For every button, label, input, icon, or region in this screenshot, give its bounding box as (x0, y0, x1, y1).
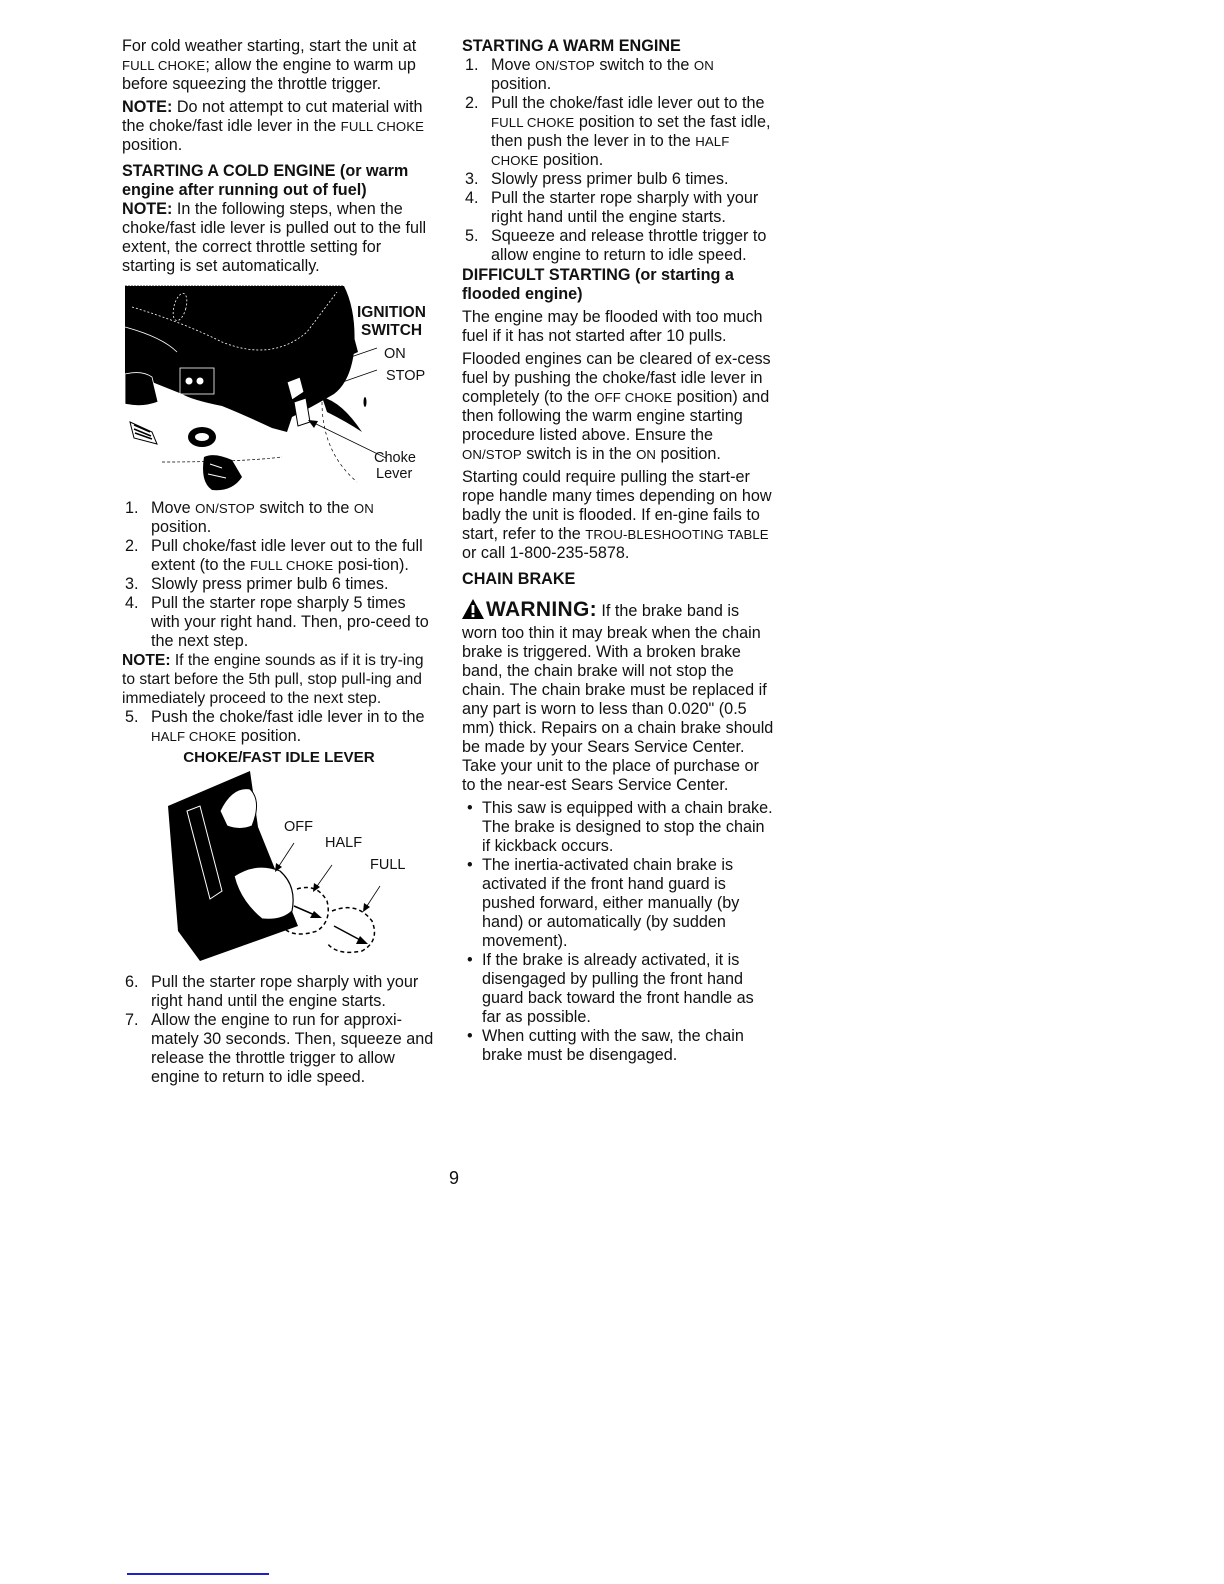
cold-step-5: 5.Push the choke/fast idle lever in to t… (122, 708, 436, 746)
cold-step-4: 4.Pull the starter rope sharply 5 times … (122, 594, 436, 651)
right-column: STARTING A WARM ENGINE 1.Move ON/STOP sw… (462, 37, 774, 1065)
note-do-not-cut: NOTE: Do not attempt to cut material wit… (122, 98, 436, 155)
cold-engine-heading: STARTING A COLD ENGINE (or warm engine a… (122, 162, 436, 200)
ignition-switch-figure: IGNITION SWITCH ON STOP Choke Lever (122, 282, 436, 496)
warm-step-5: 5.Squeeze and release throttle trigger t… (462, 227, 774, 265)
warm-step-4: 4.Pull the starter rope sharply with you… (462, 189, 774, 227)
warm-engine-heading: STARTING A WARM ENGINE (462, 37, 774, 56)
cold-start-steps: 1.Move ON/STOP switch to the ON position… (122, 499, 436, 651)
warning-label: WARNING: (486, 598, 597, 621)
choke-label: Choke (374, 450, 416, 466)
difficult-starting-heading: DIFFICULT STARTING (or starting a floode… (462, 266, 774, 304)
choke-lever-figure: OFF HALF FULL (122, 771, 436, 971)
lever-label: Lever (376, 466, 412, 482)
bullet-item: •If the brake is already activated, it i… (462, 951, 774, 1027)
warm-start-steps: 1.Move ON/STOP switch to the ON position… (462, 56, 774, 265)
left-column: For cold weather starting, start the uni… (122, 37, 436, 1087)
cold-start-steps-continued: 6.Pull the starter rope sharply with you… (122, 973, 436, 1087)
bullet-item: •When cutting with the saw, the chain br… (462, 1027, 774, 1065)
flooded-paragraph-2: Flooded engines can be cleared of ex-ces… (462, 350, 774, 464)
cold-weather-paragraph: For cold weather starting, start the uni… (122, 37, 436, 94)
flooded-paragraph-1: The engine may be flooded with too much … (462, 308, 774, 346)
cold-start-step-5: 5.Push the choke/fast idle lever in to t… (122, 708, 436, 746)
stop-label: STOP (386, 368, 425, 384)
flooded-paragraph-3: Starting could require pulling the start… (462, 468, 774, 563)
bullet-item: •This saw is equipped with a chain brake… (462, 799, 774, 856)
chain-brake-bullets: •This saw is equipped with a chain brake… (462, 799, 774, 1065)
warm-step-3: 3.Slowly press primer bulb 6 times. (462, 170, 774, 189)
warm-step-2: 2.Pull the choke/fast idle lever out to … (462, 94, 774, 170)
warning-text: If the brake band is worn too thin it ma… (462, 602, 773, 794)
cold-step-2: 2.Pull choke/fast idle lever out to the … (122, 537, 436, 575)
chain-brake-heading: CHAIN BRAKE (462, 570, 774, 589)
warning-triangle-icon (462, 599, 484, 624)
on-label: ON (384, 346, 406, 362)
ignition-label: IGNITION (357, 304, 426, 322)
cold-step-7: 7.Allow the engine to run for approxi-ma… (122, 1011, 436, 1087)
switch-label: SWITCH (361, 322, 422, 340)
note-choke-automatic: NOTE: In the following steps, when the c… (122, 200, 436, 276)
warm-step-1: 1.Move ON/STOP switch to the ON position… (462, 56, 774, 94)
cold-step-1: 1.Move ON/STOP switch to the ON position… (122, 499, 436, 537)
chain-brake-warning: WARNING: If the brake band is worn too t… (462, 599, 774, 795)
cold-step-3: 3.Slowly press primer bulb 6 times. (122, 575, 436, 594)
cold-step-6: 6.Pull the starter rope sharply with you… (122, 973, 436, 1011)
footer-rule (127, 1573, 269, 1575)
note-fifth-pull: NOTE: If the engine sounds as if it is t… (122, 651, 436, 708)
full-label: FULL (370, 857, 405, 873)
page-number: 9 (449, 1168, 459, 1189)
half-label: HALF (325, 835, 362, 851)
bullet-item: •The inertia-activated chain brake is ac… (462, 856, 774, 951)
choke-lever-caption: CHOKE/FAST IDLE LEVER (122, 748, 436, 767)
off-label: OFF (284, 819, 313, 835)
